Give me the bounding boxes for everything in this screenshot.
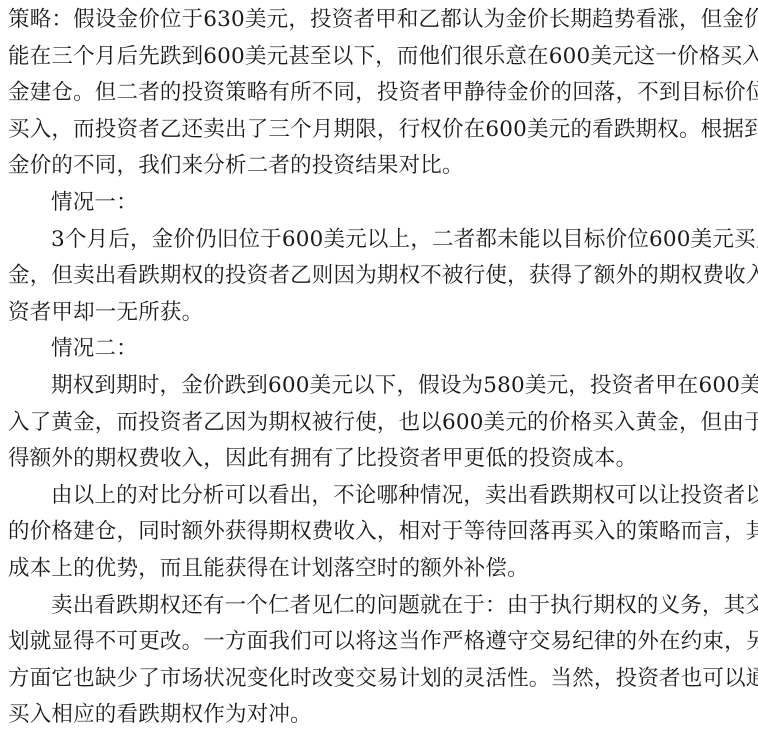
- text-line: 买入相应的看跌期权作为对冲。: [8, 697, 753, 734]
- paragraph-caveat: 卖出看跌期权还有一个仁者见仁的问题就在于：由于执行期权的义务，其交易计 划就显得…: [8, 588, 753, 734]
- paragraph-conclusion: 由以上的对比分析可以看出，不论哪种情况，卖出看跌期权可以让投资者以确定 的价格建…: [8, 478, 753, 588]
- text-line: 卖出看跌期权还有一个仁者见仁的问题就在于：由于执行期权的义务，其交易计: [8, 588, 753, 625]
- text-line: 成本上的优势，而且能获得在计划落空时的额外补偿。: [8, 551, 753, 588]
- text-line: 方面它也缺少了市场状况变化时改变交易计划的灵活性。当然，投资者也可以通过: [8, 661, 753, 698]
- text-line: 得额外的期权费收入，因此有拥有了比投资者甲更低的投资成本。: [8, 441, 753, 478]
- paragraph-case-two: 期权到期时，金价跌到600美元以下，假设为580美元，投资者甲在600美元买 入…: [8, 368, 753, 478]
- paragraph-strategy: 策略：假设金价位于630美元，投资者甲和乙都认为金价长期趋势看涨，但金价有可 能…: [8, 2, 753, 185]
- text-line: 资者甲却一无所获。: [8, 295, 753, 332]
- text-line: 3个月后，金价仍旧位于600美元以上，二者都未能以目标价位600美元买入黄: [8, 222, 753, 259]
- text-line: 金建仓。但二者的投资策略有所不同，投资者甲静待金价的回落，不到目标价位绝不: [8, 75, 753, 112]
- document-page: 策略：假设金价位于630美元，投资者甲和乙都认为金价长期趋势看涨，但金价有可 能…: [8, 2, 753, 734]
- text-line: 金价的不同，我们来分析二者的投资结果对比。: [8, 148, 753, 185]
- case-two-heading: 情况二：: [8, 331, 753, 368]
- text-line: 买入，而投资者乙还卖出了三个月期限，行权价在600美元的看跌期权。根据到期日: [8, 112, 753, 149]
- section-heading: 情况二：: [8, 331, 753, 368]
- text-line: 的价格建仓，同时额外获得期权费收入，相对于等待回落再买入的策略而言，其更有: [8, 514, 753, 551]
- paragraph-case-one: 3个月后，金价仍旧位于600美元以上，二者都未能以目标价位600美元买入黄 金，…: [8, 222, 753, 332]
- text-line: 由以上的对比分析可以看出，不论哪种情况，卖出看跌期权可以让投资者以确定: [8, 478, 753, 515]
- section-heading: 情况一：: [8, 185, 753, 222]
- text-line: 能在三个月后先跌到600美元甚至以下，而他们很乐意在600美元这一价格买入黄: [8, 39, 753, 76]
- text-line: 入了黄金，而投资者乙因为期权被行使，也以600美元的价格买入黄金，但由于他获: [8, 405, 753, 442]
- text-line: 金，但卖出看跌期权的投资者乙则因为期权不被行使，获得了额外的期权费收入，投: [8, 258, 753, 295]
- text-line: 划就显得不可更改。一方面我们可以将这当作严格遵守交易纪律的外在约束，另一: [8, 624, 753, 661]
- case-one-heading: 情况一：: [8, 185, 753, 222]
- text-line: 期权到期时，金价跌到600美元以下，假设为580美元，投资者甲在600美元买: [8, 368, 753, 405]
- text-line: 策略：假设金价位于630美元，投资者甲和乙都认为金价长期趋势看涨，但金价有可: [8, 2, 753, 39]
